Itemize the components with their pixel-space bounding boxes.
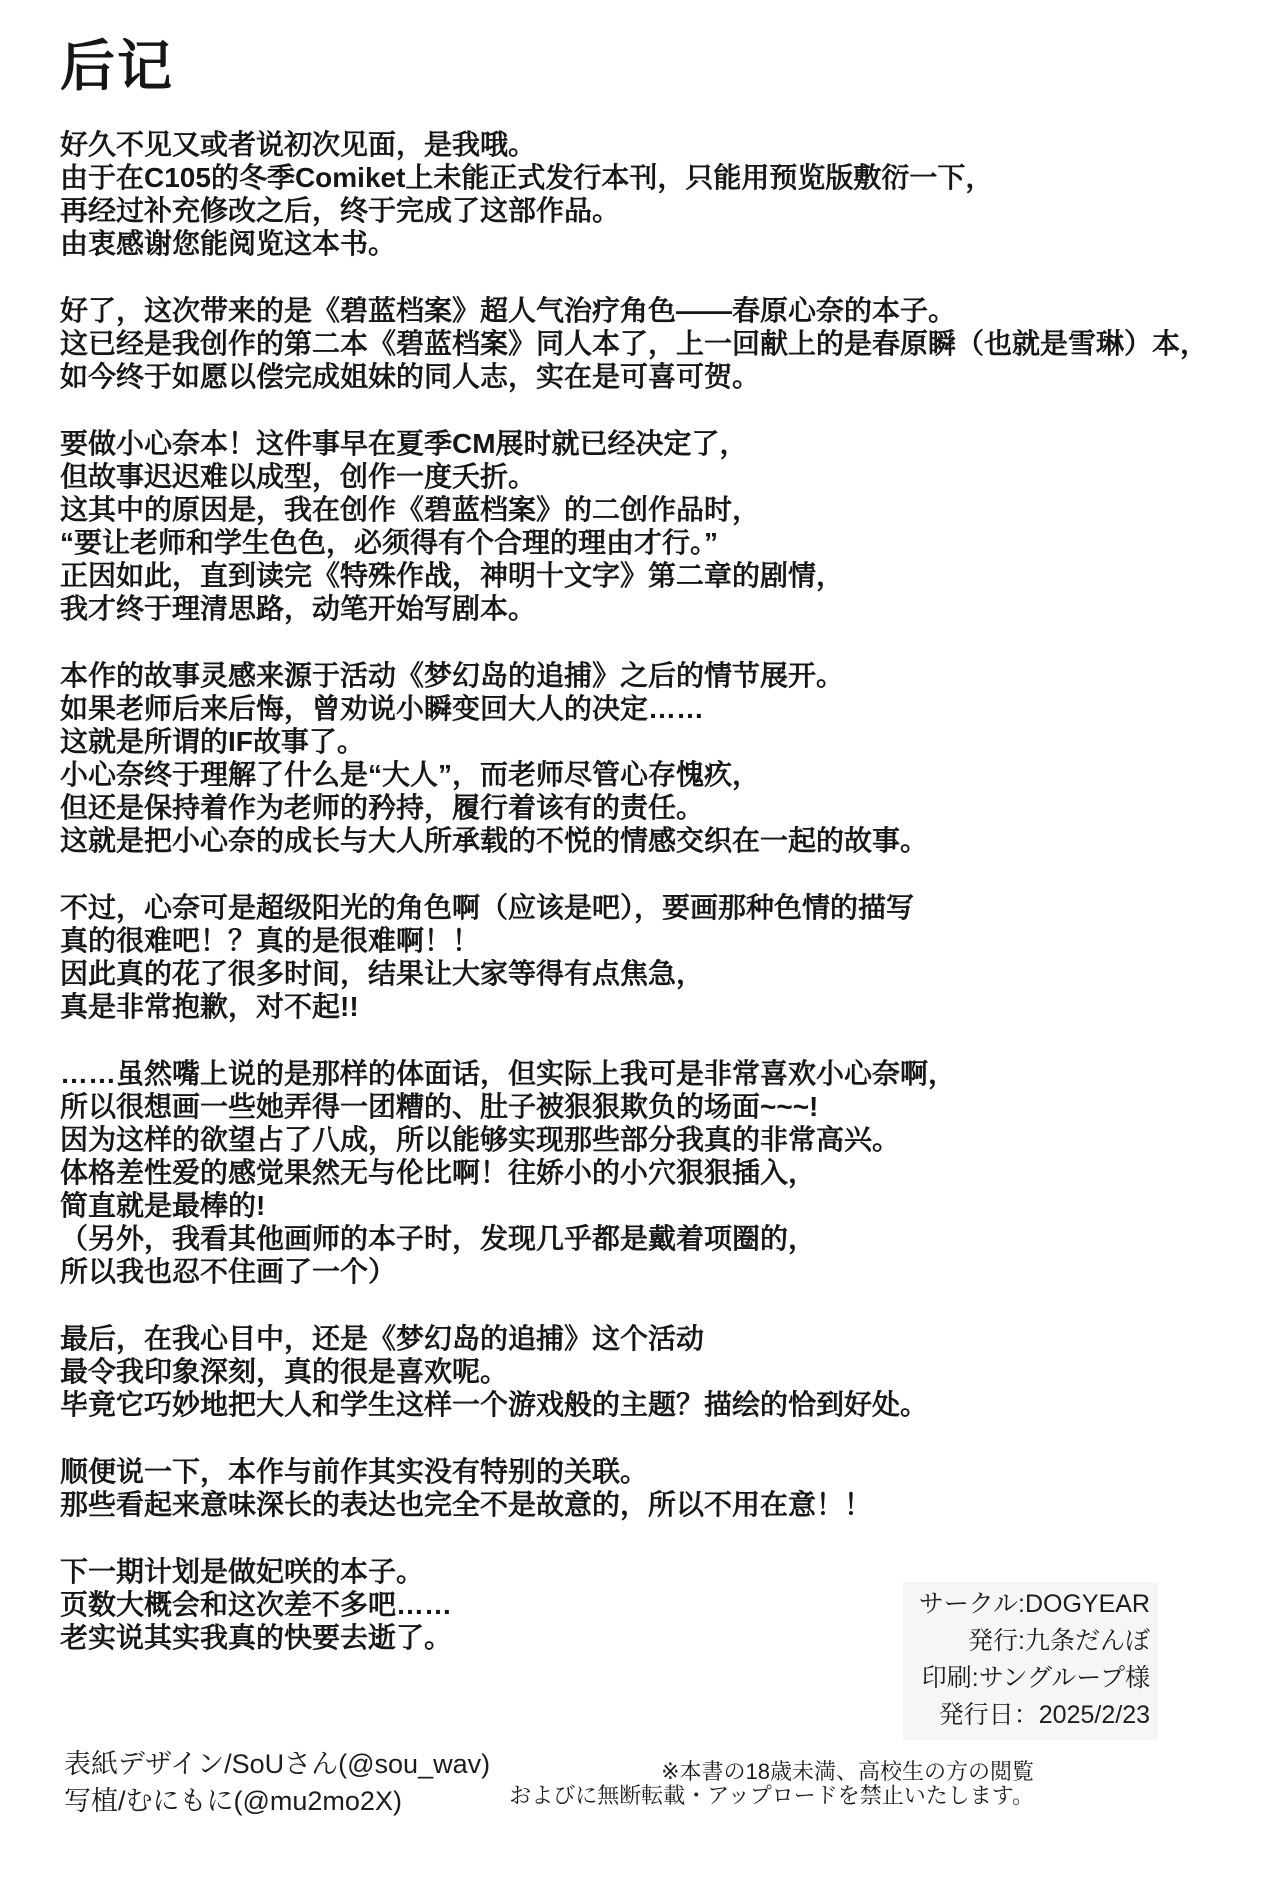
body-line: 所以很想画一些她弄得一团糟的、肚子被狠狠欺负的场面~~~! (60, 1090, 1280, 1123)
body-line: 顺便说一下，本作与前作其实没有特别的关联。 (60, 1455, 1280, 1488)
body-line: （另外，我看其他画师的本子时，发现几乎都是戴着项圈的， (60, 1222, 1280, 1255)
body-line: 毕竟它巧妙地把大人和学生这样一个游戏般的主题？描绘的恰到好处。 (60, 1388, 1280, 1421)
body-line: 好了，这次带来的是《碧蓝档案》超人气治疗角色——春原心奈的本子。 (60, 294, 1280, 327)
body-line: 要做小心奈本！这件事早在夏季CM展时就已经决定了， (60, 427, 1280, 460)
body-line: 这就是把小心奈的成长与大人所承载的不悦的情感交织在一起的故事。 (60, 824, 1280, 857)
cover-design-credit: 表紙デザイン/SoUさん(@sou_wav) (64, 1746, 490, 1783)
colophon-publisher: 発行:九条だんぼ (919, 1623, 1150, 1660)
body-line: 真是非常抱歉，对不起!! (60, 990, 1280, 1023)
body-line: 最令我印象深刻，真的很是喜欢呢。 (60, 1355, 1280, 1388)
body-line: 最后，在我心目中，还是《梦幻岛的追捕》这个活动 (60, 1322, 1280, 1355)
disclaimer-line-1: ※本書の18歳未満、高校生の方の閲覧 (509, 1760, 1034, 1784)
paragraph: 不过，心奈可是超级阳光的角色啊（应该是吧），要画那种色情的描写真的很难吧！？真的… (60, 891, 1280, 1023)
afterword-page: 后记 好久不见又或者说初次见面，是我哦。由于在C105的冬季Comiket上未能… (0, 0, 1280, 1891)
body-line: 简直就是最棒的! (60, 1189, 1280, 1222)
body-line: 由于在C105的冬季Comiket上未能正式发行本刊，只能用预览版敷衍一下， (60, 161, 1280, 194)
body-line: 如今终于如愿以偿完成姐妹的同人志，实在是可喜可贺。 (60, 360, 1280, 393)
paragraph: 要做小心奈本！这件事早在夏季CM展时就已经决定了，但故事迟迟难以成型，创作一度夭… (60, 427, 1280, 625)
body-line: 正因如此，直到读完《特殊作战，神明十文字》第二章的剧情， (60, 559, 1280, 592)
body-line: 这已经是我创作的第二本《碧蓝档案》同人本了，上一回献上的是春原瞬（也就是雪琳）本… (60, 327, 1280, 360)
paragraph: 最后，在我心目中，还是《梦幻岛的追捕》这个活动最令我印象深刻，真的很是喜欢呢。毕… (60, 1322, 1280, 1421)
body-line: 但故事迟迟难以成型，创作一度夭折。 (60, 460, 1280, 493)
body-line: 再经过补充修改之后，终于完成了这部作品。 (60, 194, 1280, 227)
typesetting-credit: 写植/むにもに(@mu2mo2X) (64, 1783, 490, 1820)
body-line: 那些看起来意味深长的表达也完全不是故意的，所以不用在意！！ (60, 1488, 1280, 1521)
body-line: 小心奈终于理解了什么是“大人”，而老师尽管心存愧疚， (60, 758, 1280, 791)
body-line: 由衷感谢您能阅览这本书。 (60, 227, 1280, 260)
disclaimer: ※本書の18歳未満、高校生の方の閲覧 およびに無断転載・アップロードを禁止いたし… (509, 1760, 1034, 1808)
body-line: 体格差性爱的感觉果然无与伦比啊！往娇小的小穴狠狠插入， (60, 1156, 1280, 1189)
body-line: 因为这样的欲望占了八成，所以能够实现那些部分我真的非常高兴。 (60, 1123, 1280, 1156)
body-line: “要让老师和学生色色，必须得有个合理的理由才行。” (60, 526, 1280, 559)
paragraph: 好久不见又或者说初次见面，是我哦。由于在C105的冬季Comiket上未能正式发… (60, 128, 1280, 260)
body-line: 好久不见又或者说初次见面，是我哦。 (60, 128, 1280, 161)
body-line: 所以我也忍不住画了一个） (60, 1255, 1280, 1288)
page-title: 后记 (60, 38, 1280, 94)
body-line: 真的很难吧！？真的是很难啊！！ (60, 924, 1280, 957)
colophon: サークル:DOGYEAR 発行:九条だんぼ 印刷:サングループ様 発行日：202… (903, 1582, 1158, 1740)
colophon-date: 発行日：2025/2/23 (919, 1697, 1150, 1734)
body-text: 好久不见又或者说初次见面，是我哦。由于在C105的冬季Comiket上未能正式发… (60, 128, 1280, 1654)
body-line: 这就是所谓的IF故事了。 (60, 725, 1280, 758)
disclaimer-line-2: およびに無断転載・アップロードを禁止いたします。 (509, 1784, 1034, 1808)
body-line: 本作的故事灵感来源于活动《梦幻岛的追捕》之后的情节展开。 (60, 659, 1280, 692)
body-line: 这其中的原因是，我在创作《碧蓝档案》的二创作品时， (60, 493, 1280, 526)
body-line: 如果老师后来后悔，曾劝说小瞬变回大人的决定…… (60, 692, 1280, 725)
paragraph: ……虽然嘴上说的是那样的体面话，但实际上我可是非常喜欢小心奈啊，所以很想画一些她… (60, 1057, 1280, 1288)
colophon-printer: 印刷:サングループ様 (919, 1660, 1150, 1697)
body-line: 但还是保持着作为老师的矜持，履行着该有的责任。 (60, 791, 1280, 824)
body-line: 我才终于理清思路，动笔开始写剧本。 (60, 592, 1280, 625)
body-line: 因此真的花了很多时间，结果让大家等得有点焦急， (60, 957, 1280, 990)
credits: 表紙デザイン/SoUさん(@sou_wav) 写植/むにもに(@mu2mo2X) (64, 1746, 490, 1820)
paragraph: 本作的故事灵感来源于活动《梦幻岛的追捕》之后的情节展开。如果老师后来后悔，曾劝说… (60, 659, 1280, 857)
colophon-circle: サークル:DOGYEAR (919, 1586, 1150, 1623)
body-line: 不过，心奈可是超级阳光的角色啊（应该是吧），要画那种色情的描写 (60, 891, 1280, 924)
paragraph: 好了，这次带来的是《碧蓝档案》超人气治疗角色——春原心奈的本子。这已经是我创作的… (60, 294, 1280, 393)
body-line: ……虽然嘴上说的是那样的体面话，但实际上我可是非常喜欢小心奈啊， (60, 1057, 1280, 1090)
paragraph: 顺便说一下，本作与前作其实没有特别的关联。那些看起来意味深长的表达也完全不是故意… (60, 1455, 1280, 1521)
